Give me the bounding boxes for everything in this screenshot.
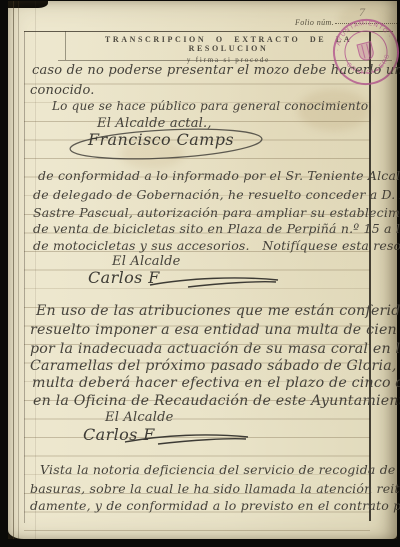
handwritten-line: resuelto imponer a esa entidad una multa… — [30, 322, 400, 338]
signoff-line: El Alcalde actal., — [97, 116, 212, 131]
signoff-line: El Alcalde — [105, 410, 174, 425]
handwritten-line: damente, y de conformidad a lo previsto … — [30, 498, 400, 513]
handwritten-line: de conformidad a lo informado por el Sr.… — [38, 168, 400, 183]
handwritten-line: En uso de las atribuciones que me están … — [36, 303, 400, 319]
handwritten-line: conocido. — [30, 83, 95, 98]
handwritten-line: Lo que se hace público para general cono… — [52, 99, 372, 113]
handwritten-line: multa deberá hacer efectiva en el plazo … — [32, 375, 400, 391]
signature: Francisco Camps — [88, 130, 234, 149]
form-box-left-border — [24, 31, 25, 523]
handwritten-line: por la inadecuada actuación de su masa c… — [30, 341, 400, 357]
signature: Carlos F — [83, 425, 155, 444]
handwritten-line: Vista la notoria deficiencia del servici… — [40, 462, 396, 477]
signoff-line: El Alcalde — [112, 254, 181, 269]
signature: Carlos F — [88, 268, 160, 287]
stamp-crest-icon — [357, 42, 375, 62]
handwritten-line: basuras, sobre la cual le ha sido llamad… — [30, 481, 400, 496]
handwritten-line: en la Oficina de Recaudación de este Ayu… — [33, 393, 400, 409]
document-page: Folio núm. 7 TRANSCRIPCION O EXTRACTO DE… — [8, 1, 397, 539]
handwritten-line: Sastre Pascual, autorización para amplia… — [33, 205, 400, 220]
page-fold-line — [13, 1, 14, 539]
scan-edge-corner — [8, 1, 48, 8]
handwritten-line: de venta de bicicletas sito en Plaza de … — [33, 221, 400, 236]
scanned-ledger-screenshot: { "document": { "folio": { "label": "Fol… — [0, 0, 400, 547]
handwritten-line: de delegado de Gobernación, he resuelto … — [33, 187, 400, 202]
handwritten-line: Caramellas del próximo pasado sábado de … — [30, 358, 400, 374]
handwritten-line: caso de no poderse presentar el mozo deb… — [32, 63, 400, 78]
page-fold-line — [18, 1, 19, 539]
handwritten-line: de motocicletas y sus accesorios. Notifí… — [33, 238, 400, 253]
